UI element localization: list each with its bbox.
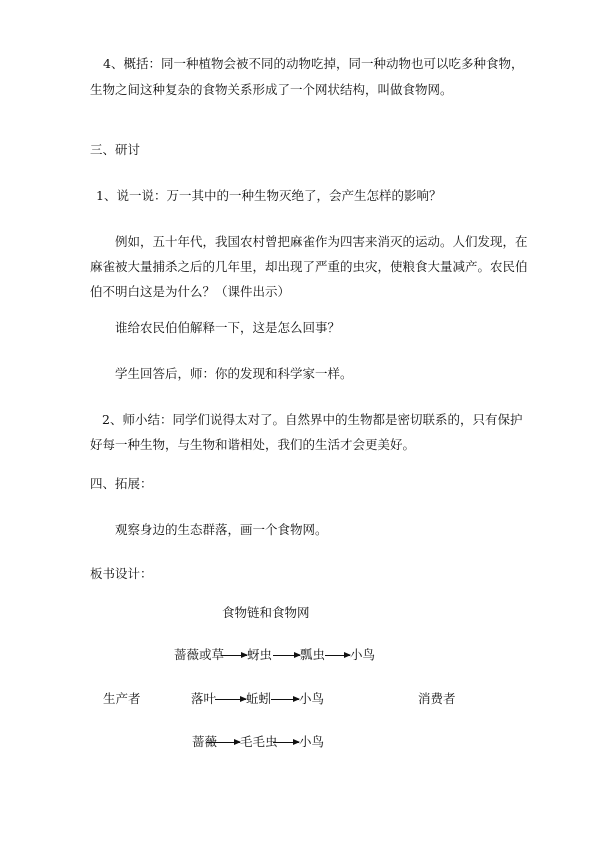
chain1-node-1: 蔷薇或草 — [174, 647, 224, 663]
diagram-title: 食物链和食物网 — [222, 605, 310, 621]
chain2-node-3: 小鸟 — [299, 691, 324, 707]
arrow-icon — [271, 699, 299, 700]
arrow-icon — [221, 655, 247, 656]
example-line2: 麻雀被大量捕杀之后的几年里，却出现了严重的虫灾，使粮食大量减产。农民伯 — [90, 259, 528, 275]
prompt-explain: 谁给农民伯伯解释一下，这是怎么回事？ — [115, 320, 340, 336]
question-1: 1、说一说：万一其中的一种生物灭绝了，会产生怎样的影响？ — [96, 188, 441, 204]
arrow-icon — [215, 699, 246, 700]
paragraph-summary-line2: 生物之间这种复杂的食物关系形成了一个网状结构，叫做食物网。 — [90, 82, 453, 98]
chain3-node-3: 小鸟 — [299, 734, 324, 750]
example-line1: 例如，五十年代，我国农村曾把麻雀作为四害来消灭的运动。人们发现，在 — [115, 234, 528, 250]
chain1-node-3: 瓢虫 — [300, 647, 325, 663]
example-line3: 伯不明白这是为什么？（课件出示） — [90, 284, 290, 300]
summary-line2: 好每一种生物，与生物和谐相处，我们的生活才会更美好。 — [90, 437, 415, 453]
chain2-node-1: 落叶 — [191, 691, 216, 707]
arrow-icon — [207, 742, 240, 743]
teacher-response: 学生回答后，师：你的发现和科学家一样。 — [115, 366, 353, 382]
section-heading-discussion: 三、研讨 — [90, 142, 140, 158]
producer-label: 生产者 — [103, 691, 141, 707]
consumer-label: 消费者 — [418, 691, 456, 707]
extension-task: 观察身边的生态群落，画一个食物网。 — [115, 522, 328, 538]
board-design-heading: 板书设计： — [90, 566, 153, 582]
chain1-node-4: 小鸟 — [350, 647, 375, 663]
paragraph-summary-line1: 4、概括：同一种植物会被不同的动物吃掉，同一种动物也可以吃多种食物， — [103, 56, 523, 72]
arrow-icon — [273, 655, 300, 656]
chain3-node-2: 毛毛虫 — [240, 734, 278, 750]
chain1-node-2: 蚜虫 — [247, 647, 272, 663]
arrow-icon — [325, 655, 350, 656]
chain2-node-2: 蚯蚓 — [246, 691, 271, 707]
arrow-icon — [273, 742, 299, 743]
summary-line1: 2、师小结：同学们说得太对了。自然界中的生物都是密切联系的，只有保护 — [102, 412, 522, 428]
section-heading-extension: 四、拓展： — [90, 476, 153, 492]
